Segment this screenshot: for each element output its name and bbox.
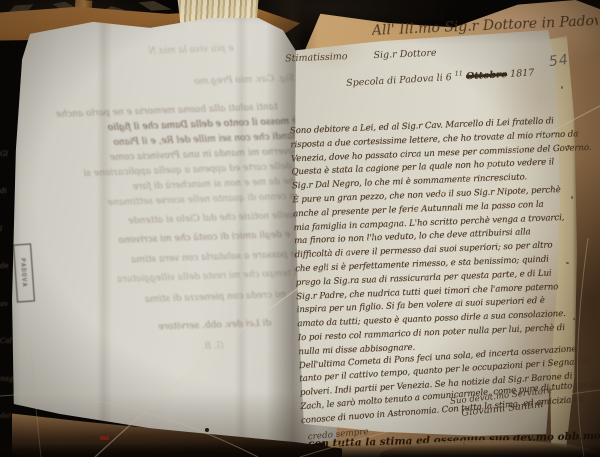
red-edge-mark — [100, 436, 109, 441]
bottom-shadow — [0, 444, 600, 457]
dateline-struck-month: Ottobre — [466, 69, 508, 82]
underlying-page-sliver: GldildeavCalmigdei — [0, 150, 16, 420]
archival-folio-number: 54 — [548, 52, 570, 70]
ink-dot — [205, 428, 209, 432]
sliver-mark: di — [0, 187, 16, 195]
salutation: Stimatissimo — [285, 51, 348, 64]
letter-body: Sono debitore a Lei, ed al Sig.r Cav. Ma… — [290, 115, 571, 429]
sliver-mark: Gl — [0, 150, 16, 158]
bleedthrough-line: Sig. Cav. mio Preg.mo — [25, 72, 295, 96]
archive-manuscript-photo: All' Ill.mo Sig.r Dottore in Padova e pi… — [0, 0, 600, 457]
dateline-inserted-day: 11 — [454, 69, 463, 77]
dateline-year: 1817 — [510, 67, 535, 79]
bleedthrough-line: di Lei dev. obb. servitore — [33, 317, 271, 340]
bleedthrough-line: G. B. — [34, 339, 224, 361]
sliver-mark: mig — [0, 375, 16, 383]
pencil-dot — [561, 86, 563, 89]
sliver-mark: av — [0, 300, 16, 308]
dateline: Specola di Padova li 6 11 Ottobre 1817 — [346, 65, 535, 89]
bleedthrough-line: mi creda con pienezza di stima — [32, 288, 286, 312]
ink-speck — [573, 318, 575, 320]
sliver-mark: Cal — [0, 337, 16, 345]
bleedthrough-line: e più viva la mia N — [23, 42, 233, 64]
ink-speck — [571, 196, 573, 199]
closing-line: credo sempre — [307, 427, 369, 443]
ink-speck — [567, 145, 570, 147]
addressee: Sig.r Dottore — [373, 48, 436, 61]
sliver-mark: de — [0, 262, 16, 270]
dateline-day: 6 — [445, 72, 452, 83]
dateline-place: Specola di Padova li — [346, 73, 443, 89]
sliver-mark: l — [0, 225, 16, 233]
letter-text: StimatissimoSig.r Dottore Specola di Pad… — [285, 39, 572, 445]
ink-speck — [566, 262, 569, 264]
postal-stamp-text: PADOVA — [19, 258, 29, 288]
